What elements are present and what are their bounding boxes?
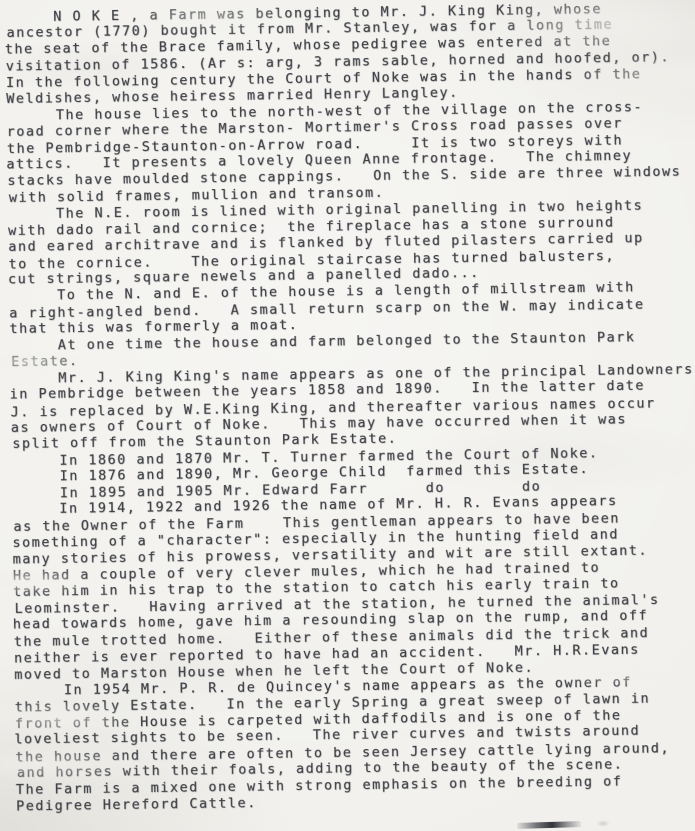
ink-speck [596, 820, 610, 827]
document-page: N O K E , a Farm was belonging to Mr. J.… [0, 0, 695, 831]
ink-mark [517, 821, 581, 829]
document-text: N O K E , a Farm was belonging to Mr. J.… [5, 0, 695, 814]
